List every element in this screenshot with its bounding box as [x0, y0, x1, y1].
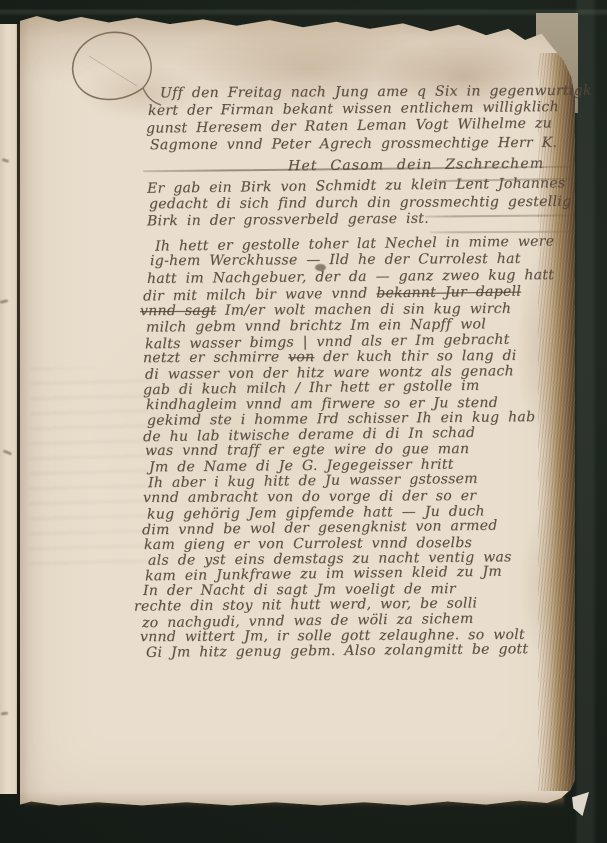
show-through-text	[29, 367, 149, 573]
manuscript-line: ig-hem Werckhusse — Ild he der Currolest…	[150, 251, 521, 269]
manuscript-line: Birk in der grossverbeld gerase ist.	[147, 211, 429, 230]
ink-speck	[2, 158, 10, 163]
ink-speck	[1, 712, 8, 716]
manuscript-line: gedacht di sich find durch din grossmech…	[149, 194, 571, 213]
paper-tab	[572, 792, 589, 816]
ink-speck	[3, 449, 12, 455]
previous-page-edge	[0, 24, 18, 794]
manuscript-line: Het Casom dein Zschrechem	[288, 156, 544, 174]
manuscript-photo: Uff den Freitag nach Jung ame q Six in g…	[0, 0, 607, 843]
manuscript-line: Sagmone vnnd Peter Agrech grossmechtige …	[150, 135, 557, 153]
ink-speck	[0, 299, 8, 304]
